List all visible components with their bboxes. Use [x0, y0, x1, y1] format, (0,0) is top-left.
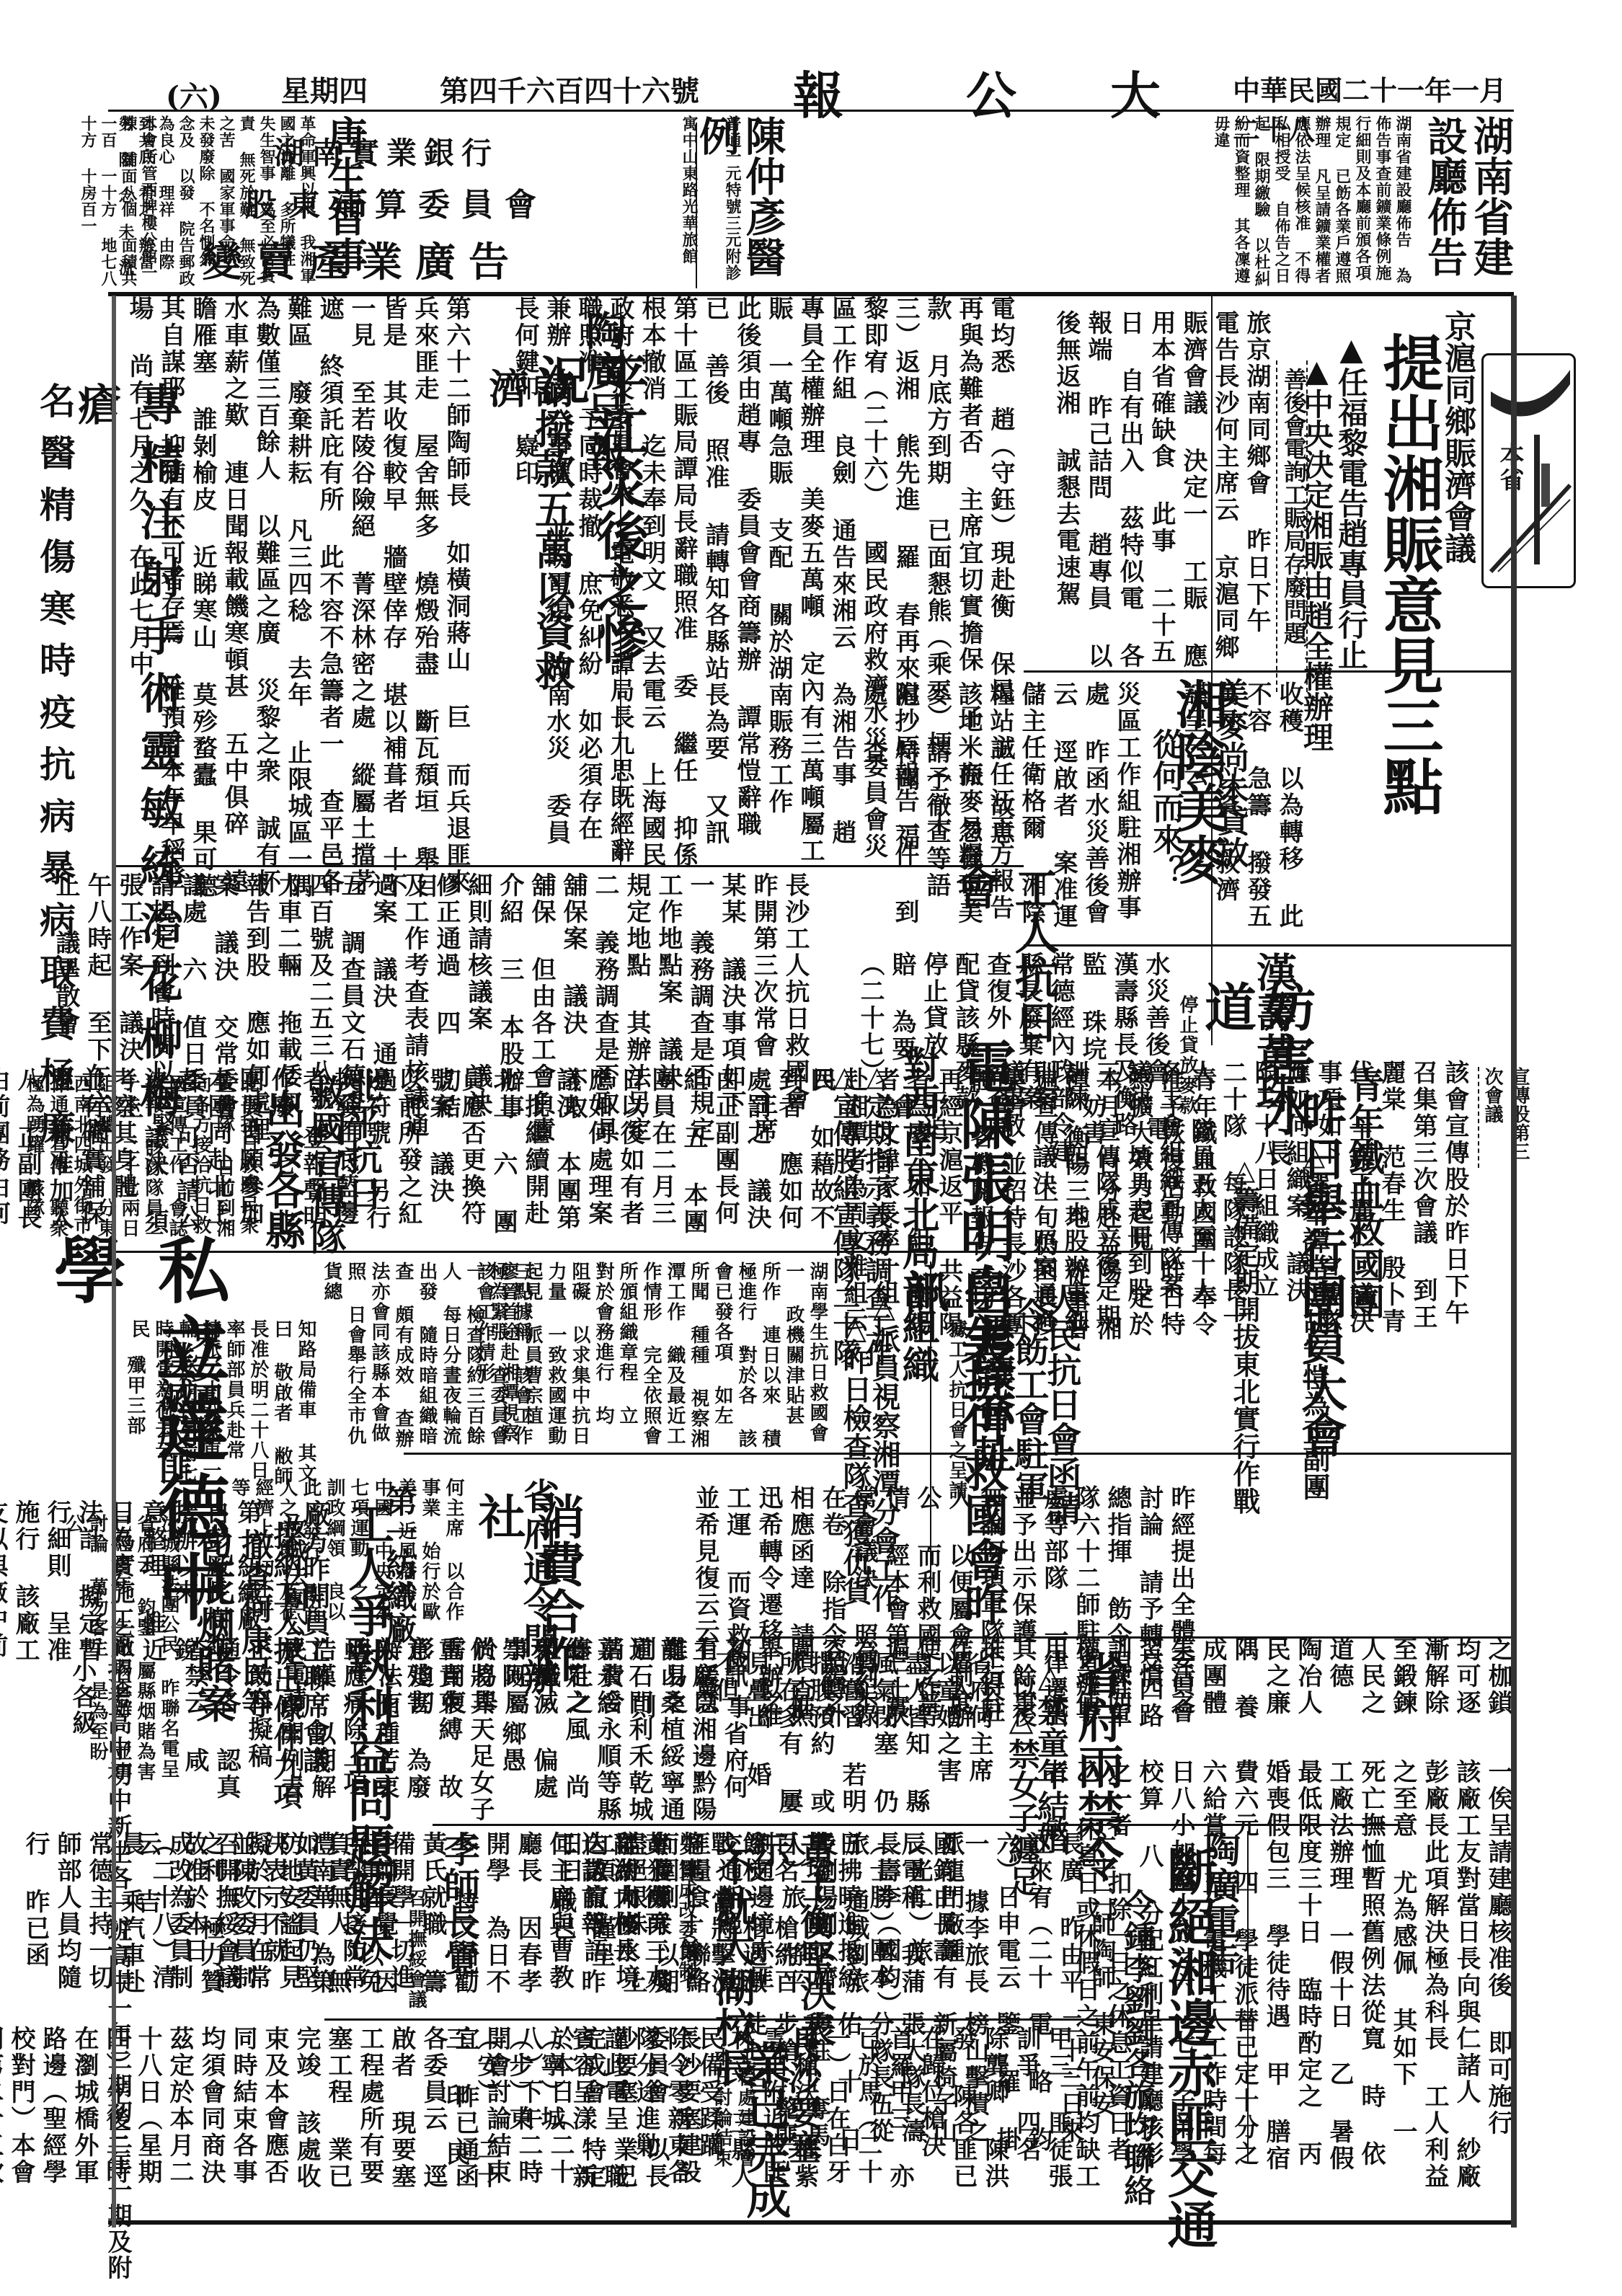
- left-ad-recruit: 招考高中初中新生各一班高中一年二期初三年一期及附小各級: [65, 1658, 136, 2292]
- left-margin-border: [112, 296, 116, 2228]
- rule-fortress-top: [324, 2018, 1254, 2021]
- hunan-notice-body: 湖南省建設廳佈告 為佈告事查前鑛業條例施行細則及本廳前頒各項規定 已飭各業戶遵照…: [1110, 115, 1413, 288]
- left-ad-services: 名醫精傷寒時疫抗病暴病取費極廉: [29, 382, 81, 1175]
- header-rule: [108, 110, 1514, 112]
- right-margin-border: [1511, 296, 1517, 2228]
- doctor-ad-title: 陳仲彥醫例: [743, 115, 786, 288]
- section-label-provincial: 本省: [1492, 442, 1528, 491]
- provincial-boxed: 善後會電詢工賑局存廢問題: [1276, 360, 1308, 692]
- huang-body: 黃士衡再三力辭湖大校長 迭誌前報 昨何主席與曹教廳長 因春孝開學 為日不多 特又…: [469, 1831, 670, 2011]
- pavilion-illustration: 本省: [1481, 353, 1576, 588]
- rule-tao-top: [433, 1824, 1399, 1826]
- rule-hanshou-top: [1024, 944, 1514, 947]
- rule-bans-top: [750, 1636, 1514, 1639]
- rule-workers-top: [115, 865, 1024, 867]
- people-headline3: 遷讓會址: [970, 1312, 1016, 1514]
- provincial-body: 旅京湖南同鄉會 昨日下午 電告長沙何主席云 京滬同鄉賑濟會議 決定一 工賑 應用…: [1215, 310, 1272, 685]
- left-ad-doctor: 專精注射手術靈敏統治花柳梅瘡: [65, 382, 189, 1175]
- bans-body: 省府何主席 以童婚之害 盡人皆知 縣 風氣閉塞 仍沿舊習 若明 指腹預約 或 所…: [865, 1651, 995, 1824]
- beiping-meeting: 四 如藉故不到者 應如何處罰之 議決 由正副團長何 組 五 本團團員在二月三日以…: [375, 1067, 836, 1240]
- left-ad-school: 私立達德中學: [32, 1233, 240, 1636]
- hunan-notice-title: 湖南省建設廳佈告: [1420, 115, 1514, 296]
- rule-flood-top: [1024, 670, 1514, 673]
- tang-notice-body: 革命軍興以來 我湘軍國之流離 多所犧牲 失生智事 為至必當負責 無死於難 無致死…: [108, 115, 317, 288]
- left-margin-ad: 專精注射手術靈敏統治花柳梅瘡 名醫精傷寒時疫抗病暴病取費極廉 私立達德中學 招考…: [0, 108, 108, 2292]
- tang-notice: 唐生智事 革命軍興以來 我湘軍國之流離 多所犧牲 失生智事 為至必當負責 無死於…: [108, 115, 368, 288]
- rule-coop-top: [404, 1453, 1514, 1455]
- students-detail: 三點據稱 該會工作極為緊張 查委員會一 檢查隊約三百餘人 每日分晝夜輪流出發 隨…: [324, 1262, 533, 1456]
- tang-notice-title-2: 唐生智事: [321, 115, 368, 288]
- tao-body: 六十二師陶師長廣 昨由平江來宥（二十六）日申電云 一 據李旅長國鈞由長壽有辰電稱…: [973, 1831, 1117, 2004]
- header-bar: (六) 星期四 第四千六百四十六號 報 公 大 中華民國二十一年一月二十八: [108, 68, 1514, 112]
- provincial-sub1: ▲任福黎電告趙專員行止: [1332, 332, 1370, 836]
- li-body: 李師長覺 因所部已接防常澧南華 為策防地安謐起見 擬於下月在常召開撫綏會議 故准…: [328, 1831, 400, 2011]
- students-body: 湖南學生抗日救國會 一 政機關津貼甚 所作 連日以來 積極進行 對於各 該會已發…: [541, 1262, 829, 1456]
- youth-body: 青年鐵血救國團 奉令准予恢復活動 昨日特 為擴大效力起見 定於本月 日分赴益陽 …: [1125, 1067, 1218, 1355]
- bottom-rule: [108, 2220, 1514, 2225]
- zhao-recall-body: 電均悉 趙（守鈺）現赴衡 保民 誠 故意再與為難者否 主席宜切實擔保 子 振麥易…: [627, 296, 1016, 872]
- tao-headline: 斷絕湘邊赤匪交通: [1150, 1845, 1228, 2278]
- bans-body2: 又訊 省府何主席以湘邊黔陽龍山桑植綏寧通道石門利禾乾城嘉永綏永順等縣 纏足之風 …: [433, 1636, 750, 1824]
- provincial-headline-main: 提出湘賑意見三點: [1370, 332, 1448, 851]
- doctor-ad-address: 寓中山東路光華旅館: [678, 115, 699, 288]
- rucheng-headline1: 汝城法團公民電請: [274, 1514, 311, 1788]
- weekday: 星期四: [281, 68, 368, 110]
- flood-body2: 收穫 以為轉移 此不容 急籌 撥發五萬元 以資 救濟 謹呈云云: [1233, 681, 1305, 937]
- coop-body2: 之枷鎖 均可逐漸解除 至鍛鍊人民之道德 陶冶人民之廉隅 養成團體生活之習慣 訓練…: [1370, 1636, 1514, 1737]
- dongan-report: 甲三 匪徒張訓爭 四名 除龔卿 陳洪發 陳各匪已在歸位槍決 首羅甲三 亦已於馬（…: [815, 2026, 1074, 2199]
- tao-sub: 令鍾李劉劉各旅均聯絡: [1117, 1889, 1155, 2264]
- tao-divider: [1247, 1831, 1249, 2163]
- youth-sub1: △選舉譚常愷胡安愷為正副團長: [1258, 1139, 1333, 1514]
- li-headline1: 李師長覺: [436, 1831, 482, 1990]
- propaganda-body: 該會宣傳股於昨日下午 召集第三次會議 到王麗棠 范春生 殷卜青代 主席王麗仁 議…: [1384, 1060, 1471, 1341]
- doctor-ad-fees: 普通一元特號三元附診: [706, 115, 743, 288]
- issue-number: 第四千六百四十六號: [440, 68, 699, 110]
- li-sub: 召開撫綏會議: [404, 1889, 427, 2033]
- youth-sub2: △籌備定期開拔東北實行作戰: [1226, 1153, 1263, 1528]
